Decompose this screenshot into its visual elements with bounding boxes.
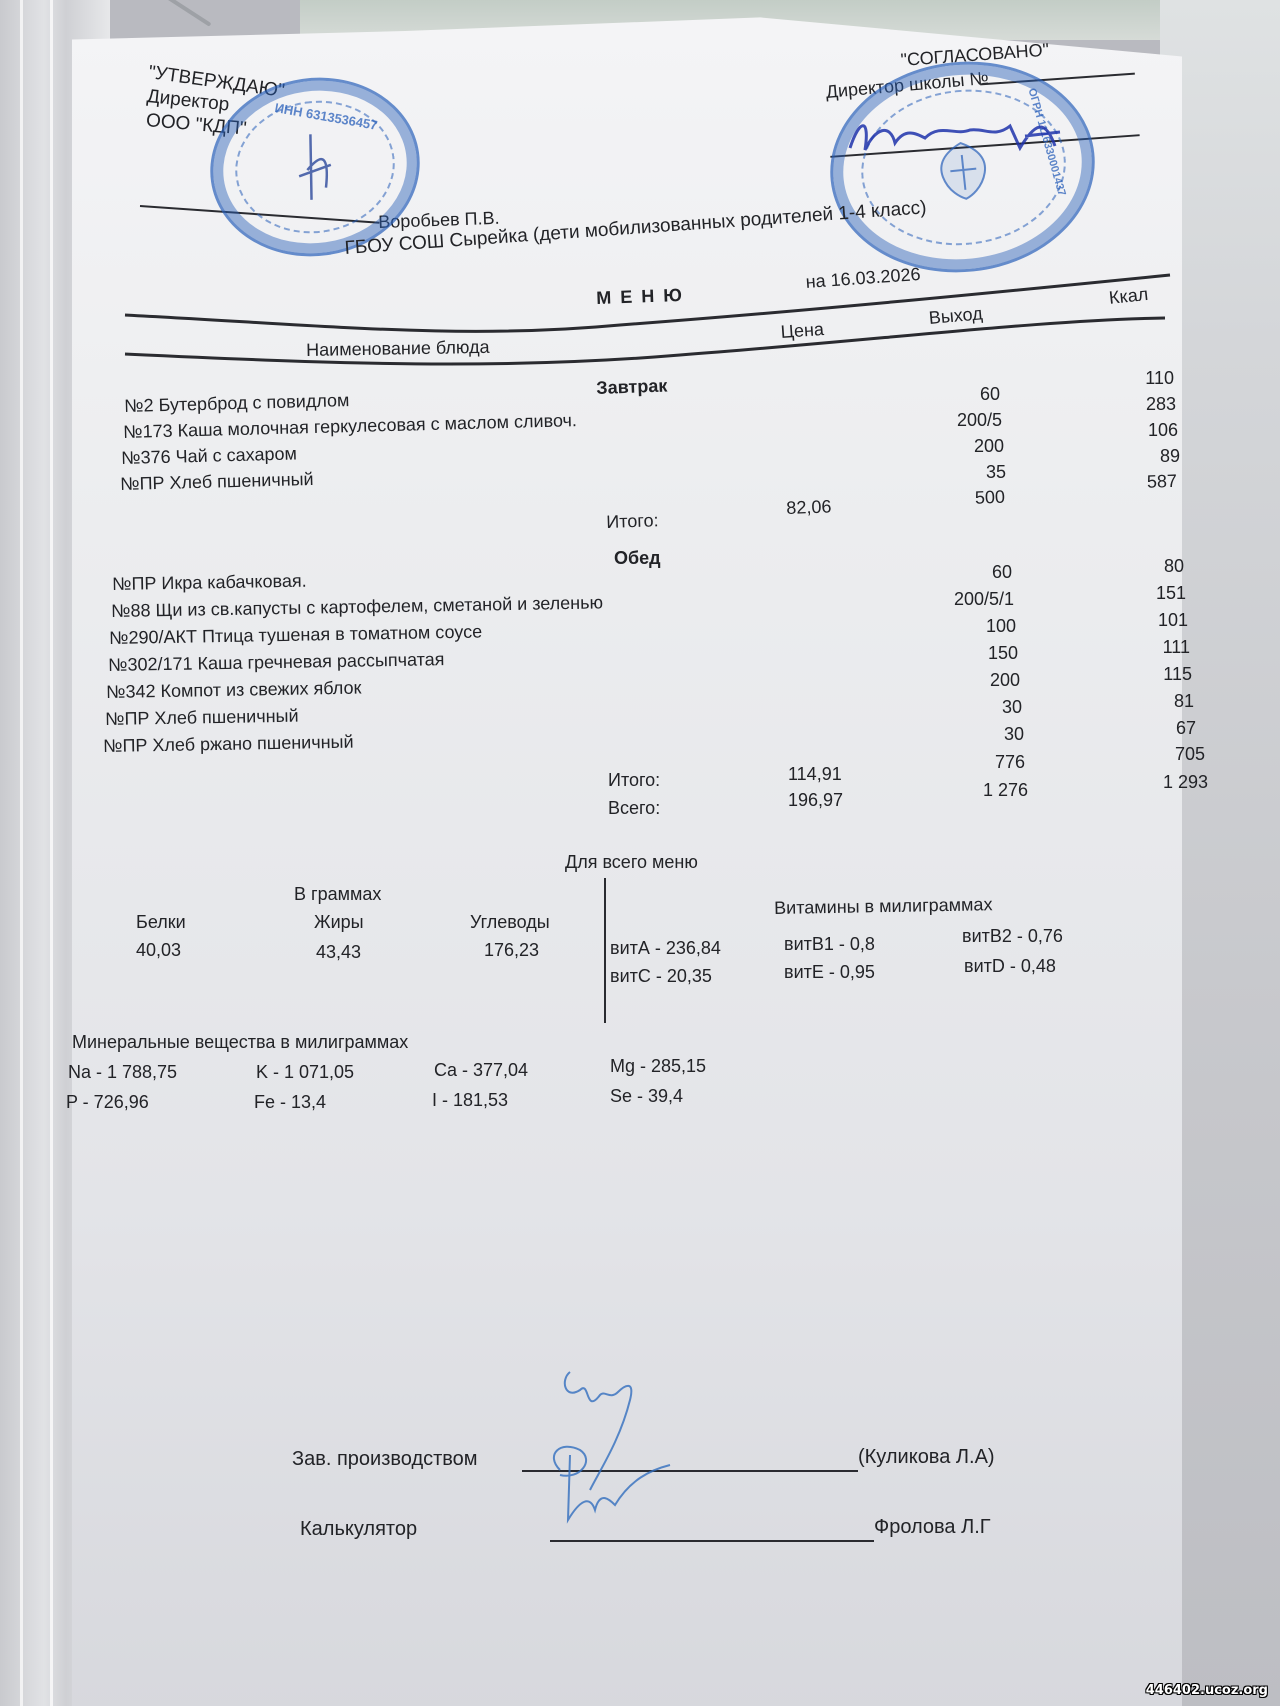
dish-name: №ПР Икра кабачковая. xyxy=(112,571,307,595)
dish-kcal: 81 xyxy=(1134,691,1194,712)
dish-yield: 200 xyxy=(940,670,1020,691)
production-role: Зав. производством xyxy=(292,1448,478,1471)
dish-yield: 30 xyxy=(942,697,1022,718)
dish-yield: 30 xyxy=(944,724,1024,745)
breakfast-total-yield: 500 xyxy=(930,487,1006,511)
dish-kcal: 67 xyxy=(1136,718,1196,739)
watermark: 446402.ucoz.org xyxy=(1146,1683,1268,1698)
agreed-signature-icon xyxy=(845,108,1095,163)
vitamin-d: витD - 0,48 xyxy=(964,956,1056,977)
dish-kcal: 89 xyxy=(1120,446,1180,467)
dish-kcal: 111 xyxy=(1130,637,1190,658)
mineral-ca: Ca - 377,04 xyxy=(434,1060,528,1081)
vitamin-c: витС - 20,35 xyxy=(610,966,712,987)
mineral-k: K - 1 071,05 xyxy=(256,1062,354,1083)
vitamin-a: витА - 236,84 xyxy=(610,938,721,959)
lunch-total-yield: 776 xyxy=(950,752,1025,773)
dish-yield: 200 xyxy=(924,436,1004,457)
vitamin-b1: витВ1 - 0,8 xyxy=(784,934,875,955)
dish-yield: 200/5 xyxy=(922,410,1002,431)
macro-value-fat: 43,43 xyxy=(316,942,361,963)
lunch-total-label: Итого: xyxy=(608,770,660,791)
column-header-kcal: Ккал xyxy=(1108,284,1149,309)
vitamin-e: витЕ - 0,95 xyxy=(784,962,875,983)
lunch-total-price: 114,91 xyxy=(788,764,842,785)
vitamins-title: Витамины в милиграммах xyxy=(774,894,993,919)
grand-total-price: 196,97 xyxy=(788,790,843,811)
mineral-fe: Fe - 13,4 xyxy=(254,1092,326,1113)
mineral-p: P - 726,96 xyxy=(66,1092,149,1113)
minerals-title: Минеральные вещества в милиграммах xyxy=(72,1032,408,1053)
macro-label-carbs: Углеводы xyxy=(470,912,550,933)
nutrition-section-title: Для всего меню xyxy=(565,852,698,873)
calculator-name: Фролова Л.Г xyxy=(874,1516,991,1539)
lunch-total-kcal: 705 xyxy=(1130,744,1205,765)
dish-yield: 35 xyxy=(926,462,1006,483)
table-header-rules xyxy=(120,270,1180,370)
dish-yield: 200/5/1 xyxy=(934,589,1014,610)
mineral-na: Na - 1 788,75 xyxy=(68,1062,177,1083)
grand-total-kcal: 1 293 xyxy=(1128,772,1208,793)
dish-yield: 60 xyxy=(932,562,1012,583)
breakfast-total-kcal: 587 xyxy=(1105,471,1178,495)
mineral-i: I - 181,53 xyxy=(432,1090,508,1111)
dish-kcal: 106 xyxy=(1118,420,1178,441)
macro-value-protein: 40,03 xyxy=(136,940,181,961)
dish-kcal: 80 xyxy=(1124,556,1184,577)
vitamin-b2: витВ2 - 0,76 xyxy=(962,926,1063,947)
grand-total-yield: 1 276 xyxy=(950,780,1028,801)
mineral-se: Se - 39,4 xyxy=(610,1086,683,1107)
dish-name: №ПР Хлеб ржано пшеничный xyxy=(103,732,354,757)
dish-name: №ПР Хлеб пшеничный xyxy=(105,706,299,730)
grand-total-label: Всего: xyxy=(608,798,660,819)
breakfast-total-price: 82,06 xyxy=(786,496,832,519)
macro-label-protein: Белки xyxy=(136,912,186,933)
column-header-price: Цена xyxy=(780,319,825,343)
breakfast-total-label: Итого: xyxy=(606,510,659,533)
handwritten-signatures-icon xyxy=(540,1360,740,1560)
grams-title: В граммах xyxy=(294,884,381,905)
nutrition-divider xyxy=(604,878,606,1023)
lunch-section-title: Обед xyxy=(614,548,661,569)
calculator-role: Калькулятор xyxy=(300,1518,417,1541)
dish-yield: 60 xyxy=(920,384,1000,405)
mineral-mg: Mg - 285,15 xyxy=(610,1056,706,1077)
macro-label-fat: Жиры xyxy=(314,912,364,933)
macro-value-carbs: 176,23 xyxy=(484,940,539,961)
dish-kcal: 110 xyxy=(1114,368,1174,389)
dish-kcal: 101 xyxy=(1128,610,1188,631)
dish-kcal: 151 xyxy=(1126,583,1186,604)
dish-yield: 150 xyxy=(938,643,1018,664)
dish-name: №342 Компот из свежих яблок xyxy=(106,678,362,703)
dish-kcal: 115 xyxy=(1132,664,1192,685)
dish-yield: 100 xyxy=(936,616,1016,637)
dish-kcal: 283 xyxy=(1116,394,1176,415)
breakfast-section-title: Завтрак xyxy=(596,376,668,399)
production-name: (Куликова Л.А) xyxy=(858,1446,995,1469)
staple-icon xyxy=(151,0,212,27)
column-header-dish: Наименование блюда xyxy=(306,337,490,361)
